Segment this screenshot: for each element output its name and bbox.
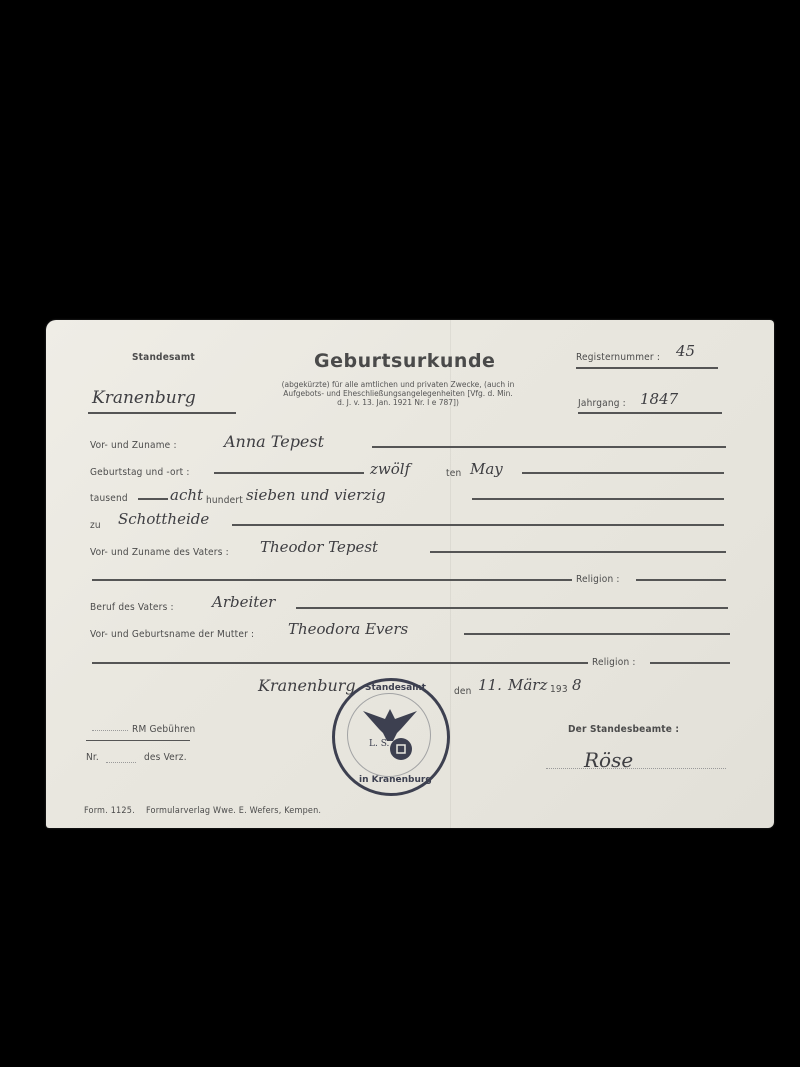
footer-year-suffix: 8 — [572, 676, 582, 694]
footer-day-value: 11. — [478, 676, 502, 694]
birth-certificate: Standesamt Kranenburg Geburtsurkunde (ab… — [46, 320, 774, 828]
document-title: Geburtsurkunde — [314, 350, 495, 372]
den-label: den — [454, 686, 472, 697]
father-name-label: Vor- und Zuname des Vaters : — [90, 547, 229, 558]
signature-dotline — [546, 768, 726, 769]
form-number: Form. 1125. — [84, 806, 135, 816]
subtitle-line: Aufgebots- und Eheschließungsangelegenhe… — [258, 389, 538, 398]
hundreds-value: acht — [170, 486, 203, 504]
father-job-label: Beruf des Vaters : — [90, 602, 174, 613]
eagle-emblem-icon — [357, 701, 423, 767]
thousand-label: tausend — [90, 493, 128, 504]
office-value: Kranenburg — [92, 388, 196, 408]
birth-day-value: zwölf — [370, 460, 410, 478]
fees-label: RM Gebühren — [132, 724, 195, 735]
office-line — [88, 412, 236, 414]
fees-line — [86, 740, 190, 741]
year-line — [578, 412, 722, 414]
birth-month-value: May — [470, 460, 503, 478]
stamp-bottom-text: in Kranenburg — [359, 775, 432, 785]
year-label: Jahrgang : — [578, 398, 626, 409]
name-value: Anna Tepest — [224, 432, 324, 451]
footer-month-value: März — [508, 676, 547, 694]
religion2-line-b — [650, 662, 730, 664]
religion-line-a — [92, 579, 572, 581]
mother-line — [464, 633, 730, 635]
birth-line-a — [214, 472, 364, 474]
father-name-line — [430, 551, 726, 553]
office-label: Standesamt — [132, 352, 195, 363]
mother-value: Theodora Evers — [288, 620, 408, 638]
religion2-label: Religion : — [592, 657, 636, 668]
nr-dotline — [106, 762, 136, 763]
birth-label: Geburtstag und -ort : — [90, 467, 190, 478]
mother-label: Vor- und Geburtsname der Mutter : — [90, 629, 254, 640]
birth-ten-label: ten — [446, 468, 461, 479]
religion-line-b — [636, 579, 726, 581]
register-number-value: 45 — [676, 342, 695, 360]
father-job-value: Arbeiter — [212, 593, 275, 611]
subtitle-line: (abgekürzte) für alle amtlichen und priv… — [258, 380, 538, 389]
publisher: Formularverlag Wwe. E. Wefers, Kempen. — [146, 806, 321, 816]
year-value: 1847 — [640, 390, 678, 408]
place-value: Schottheide — [118, 510, 209, 528]
birth-line-b — [522, 472, 724, 474]
fees-dotline — [92, 730, 128, 731]
subtitle-line: d. J. v. 13. Jan. 1921 Nr. I e 787]) — [258, 398, 538, 407]
year-words-line — [472, 498, 724, 500]
year-words-value: sieben und vierzig — [246, 486, 386, 504]
father-job-line — [296, 607, 728, 609]
footer-year-prefix: 193 — [550, 684, 568, 695]
religion2-line-a — [92, 662, 588, 664]
thousand-line — [138, 498, 168, 500]
register-number-line — [576, 367, 718, 369]
father-name-value: Theodor Tepest — [260, 538, 378, 556]
place-line — [232, 524, 724, 526]
official-label: Der Standesbeamte : — [568, 724, 679, 735]
religion-label: Religion : — [576, 574, 620, 585]
official-stamp: Standesamt in Kranenburg L. S. — [332, 678, 450, 796]
place-label: zu — [90, 520, 101, 531]
stamp-top-text: Standesamt — [365, 683, 426, 693]
hundred-label: hundert — [206, 495, 243, 506]
footer-place-value: Kranenburg — [258, 676, 356, 695]
verz-label: des Verz. — [144, 752, 187, 763]
register-number-label: Registernummer : — [576, 352, 660, 363]
name-label: Vor- und Zuname : — [90, 440, 177, 451]
nr-label: Nr. — [86, 752, 99, 763]
name-line — [372, 446, 726, 448]
document-subtitle: (abgekürzte) für alle amtlichen und priv… — [258, 380, 538, 407]
